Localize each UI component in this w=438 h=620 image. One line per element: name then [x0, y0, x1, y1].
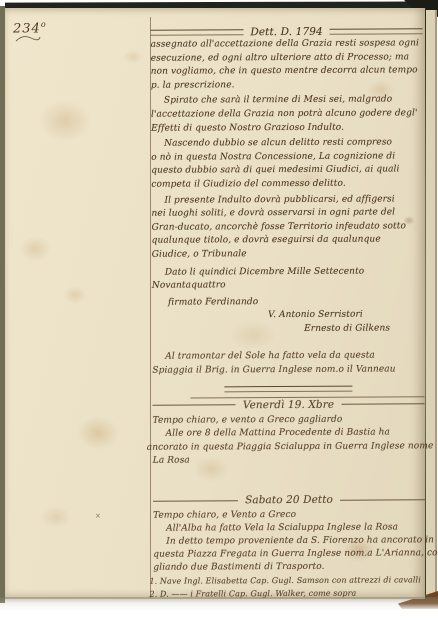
next-page-edge	[426, 10, 437, 596]
heading-rule-right	[341, 403, 424, 404]
decree-paragraph: assegnato all'accettazione della Grazia …	[151, 37, 423, 93]
heading-rule-left	[153, 404, 236, 405]
text-line: Novantaquattro	[152, 278, 424, 293]
log-departure-note: Al tramontar del Sole ha fatto vela da q…	[152, 350, 424, 379]
text-column: Dett. D. 1794 assegnato all'accettazione…	[150, 15, 425, 600]
log-entry-saturday: Tempo chiaro, e Vento a Greco All'Alba h…	[153, 508, 425, 600]
signature-block: firmato Ferdinando V. Antonio Serristori…	[152, 295, 424, 337]
text-line: Dato li quindici Dicembre Mille Settecen…	[152, 265, 424, 280]
text-line: non vogliamo, che in questo mentre decor…	[151, 64, 423, 79]
heading-rule-right	[340, 499, 425, 500]
stain	[19, 236, 51, 262]
stain	[41, 506, 71, 528]
log-heading-saturday-title: Sabato 20 Detto	[243, 494, 335, 506]
text-line: esecuzione, ed ogni altro ulteriore atto…	[151, 51, 423, 66]
text-line: Effetti di questo Nostro Grazioso Indult…	[151, 121, 423, 136]
text-line: Alle ore 8 della Mattina Procedente di B…	[153, 427, 425, 442]
manuscript-scan: 234o × Dett. D. 1794 assegnato all'accet…	[0, 0, 438, 620]
text-line: competa il Giudizio del commesso delitto…	[151, 177, 423, 192]
countersignature-serristori: V. Antonio Serristori	[268, 309, 424, 323]
text-line: La Rosa	[153, 454, 425, 469]
folio-number: 234o	[13, 20, 47, 43]
decree-paragraph: Spirato che sarà il termine di Mesi sei,…	[151, 94, 423, 136]
entry-divider	[224, 385, 352, 392]
stain	[63, 286, 87, 304]
header-rule-right	[330, 28, 423, 34]
countersignature-gilkens: Ernesto di Gilkens	[304, 322, 424, 336]
signature-ferdinando: firmato Ferdinando	[168, 295, 424, 310]
log-entry-friday: Tempo chiaro, e vento a Greco gagliardo …	[153, 413, 425, 469]
text-line: o nò in questa Nostra Concessione, La co…	[151, 150, 423, 165]
log-heading-friday-title: Venerdì 19. Xbre	[241, 398, 336, 410]
manuscript-page: 234o × Dett. D. 1794 assegnato all'accet…	[5, 8, 425, 599]
text-line: nei luoghi soliti, e dovrà osservarsi in…	[151, 206, 423, 221]
folio-number-text: 234	[13, 21, 41, 36]
text-line: ancorato in questa Piaggia Scialuppa in …	[147, 440, 425, 455]
text-line: l'accettazione della Grazia non potrà al…	[151, 107, 423, 122]
text-line: 1. Nave Ingl. Elisabetta Cap. Gugl. Sams…	[149, 573, 425, 587]
stain	[39, 100, 91, 142]
text-line: Al tramontar del Sole ha fatto vela da q…	[152, 350, 424, 365]
text-line: Tempo chiaro, e vento a Greco gagliardo	[153, 413, 425, 428]
text-line: qualunque titolo, e dovrà eseguirsi da q…	[152, 234, 424, 249]
text-line: Giudice, o Tribunale	[152, 247, 424, 262]
text-line: Spirato che sarà il termine di Mesi sei,…	[151, 94, 423, 109]
scan-bottom-fade	[0, 597, 438, 613]
text-line: assegnato all'accettazione della Grazia …	[151, 37, 423, 52]
decree-paragraph: Il presente Indulto dovrà pubblicarsi, e…	[151, 193, 423, 262]
text-line: Spiaggia il Brig. in Guerra Inglese nom.…	[152, 363, 424, 378]
log-heading-saturday: Sabato 20 Detto	[153, 493, 425, 506]
stain	[77, 416, 119, 450]
decree-dateline: Dato li quindici Dicembre Mille Settecen…	[152, 265, 424, 294]
text-line: p. la prescrizione.	[151, 78, 423, 93]
page-header-title: Dett. D. 1794	[248, 26, 325, 38]
margin-mark: ×	[95, 512, 101, 520]
header-rule-left	[151, 29, 244, 35]
folio-number-suffix: o	[41, 20, 47, 29]
text-line: questo dubbio sarà di quei medesimi Giud…	[151, 164, 423, 179]
log-heading-friday: Venerdì 19. Xbre	[152, 398, 424, 411]
text-line: Gran-ducato, ancorchè fosse Territorio i…	[152, 220, 424, 235]
text-line: Nascendo dubbio se alcun delitto resti c…	[151, 136, 423, 151]
stain	[123, 50, 143, 64]
text-line: questa Piazza Fregata in Guerra Inglese …	[153, 547, 425, 561]
heading-rule-left	[153, 500, 238, 501]
text-line: Il presente Indulto dovrà pubblicarsi, e…	[151, 193, 423, 208]
decree-paragraph: Nascendo dubbio se alcun delitto resti c…	[151, 136, 423, 192]
